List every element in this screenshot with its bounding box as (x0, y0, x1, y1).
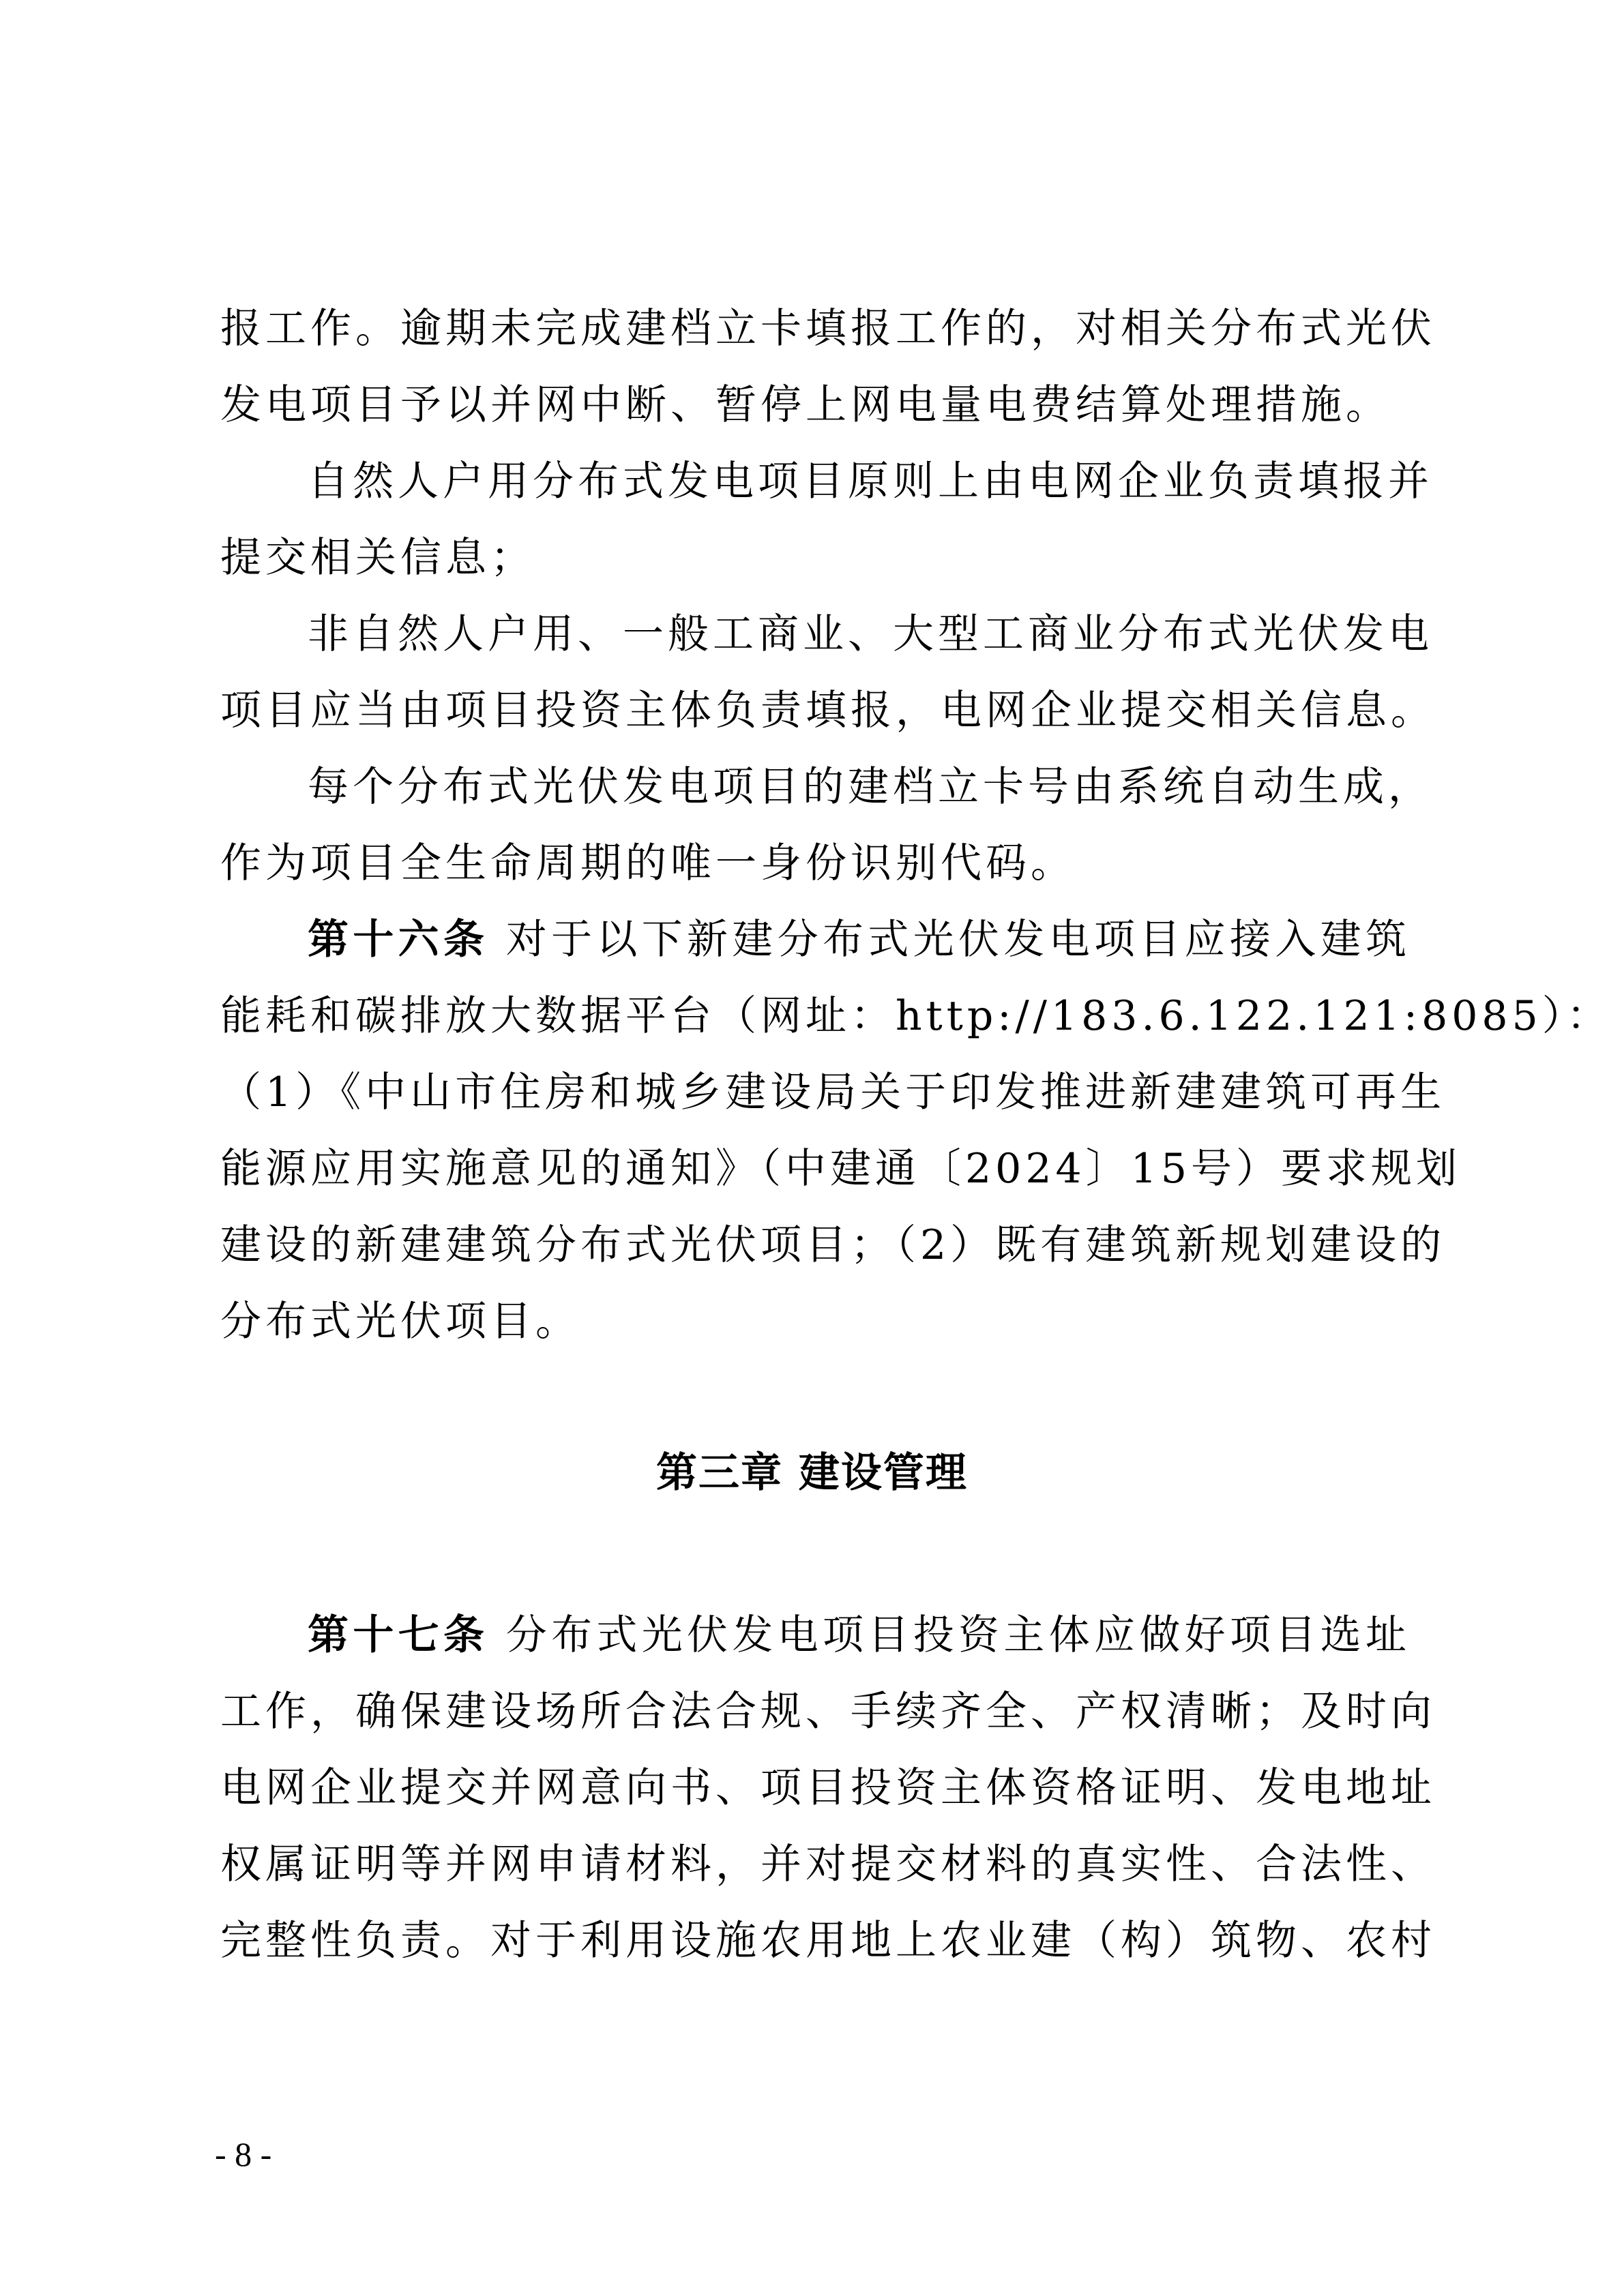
text-span: 对于以下新建分布式光伏发电项目应接入建筑 (506, 916, 1411, 964)
chapter-heading: 第三章 建设管理 (0, 1439, 1624, 1507)
text-line: 发电项目予以并网中断、暂停上网电量电费结算处理措施。 (220, 367, 1411, 443)
text-line: （1）《中山市住房和城乡建设局关于印发推进新建建筑可再生 (220, 1054, 1411, 1131)
article-17-first-line: 第十七条 分布式光伏发电项目投资主体应做好项目选址 (220, 1597, 1411, 1673)
page-number: - 8 - (215, 2134, 271, 2174)
text-line: 工作，确保建设场所合法合规、手续齐全、产权清晰；及时向 (220, 1673, 1411, 1750)
text-line: 提交相关信息； (220, 520, 1411, 596)
text-line: 项目应当由项目投资主体负责填报，电网企业提交相关信息。 (220, 672, 1411, 749)
text-line: 完整性负责。对于利用设施农用地上农业建（构）筑物、农村 (220, 1903, 1411, 1979)
text-line: 作为项目全生命周期的唯一身份识别代码。 (220, 825, 1411, 901)
article-16-first-line: 第十六条 对于以下新建分布式光伏发电项目应接入建筑 (220, 901, 1411, 978)
text-line: 电网企业提交并网意向书、项目投资主体资格证明、发电地址 (220, 1750, 1411, 1826)
article-16-label: 第十六条 (308, 916, 488, 964)
text-line: 自然人户用分布式发电项目原则上由电网企业负责填报并 (220, 443, 1411, 520)
text-line: 分布式光伏项目。 (220, 1283, 1411, 1360)
text-line: 建设的新建建筑分布式光伏项目；（2）既有建筑新规划建设的 (220, 1207, 1411, 1283)
text-line: 权属证明等并网申请材料，并对提交材料的真实性、合法性、 (220, 1826, 1411, 1903)
text-line: 非自然人户用、一般工商业、大型工商业分布式光伏发电 (220, 596, 1411, 672)
text-line: 报工作。逾期未完成建档立卡填报工作的，对相关分布式光伏 (220, 290, 1411, 367)
text-line: 能耗和碳排放大数据平台（网址：http://183.6.122.121:8085… (220, 978, 1411, 1054)
article-17-label: 第十七条 (308, 1611, 488, 1659)
text-line: 每个分布式光伏发电项目的建档立卡号由系统自动生成， (220, 749, 1411, 825)
text-span: 分布式光伏发电项目投资主体应做好项目选址 (506, 1611, 1411, 1659)
text-line: 能源应用实施意见的通知》（中建通〔2024〕15号）要求规划 (220, 1131, 1411, 1207)
